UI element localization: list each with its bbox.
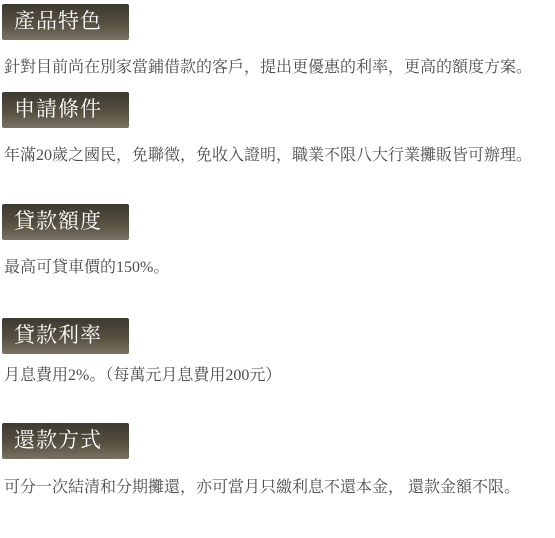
section-loan-rate: 貸款利率 月息費用2%。（每萬元月息費用200元）	[2, 318, 555, 386]
section-title-badge: 還款方式	[2, 423, 129, 459]
section-body-text: 最高可貸車價的150%。	[4, 258, 555, 278]
section-repayment-method: 還款方式 可分一次結清和分期攤還，亦可當月只繳利息不還本金， 還款金額不限。	[2, 423, 555, 498]
section-loan-amount: 貸款額度 最高可貸車價的150%。	[2, 204, 555, 278]
section-title-badge: 產品特色	[2, 4, 129, 40]
section-title-badge: 貸款額度	[2, 204, 129, 240]
section-body-text: 針對目前尚在別家當鋪借款的客戶，提出更優惠的利率，更高的額度方案。	[4, 58, 555, 78]
section-application-conditions: 申請條件 年滿20歲之國民，免聯徵，免收入證明，職業不限八大行業攤販皆可辦理。	[2, 92, 555, 166]
section-title-badge: 申請條件	[2, 92, 129, 128]
loan-info-page: 產品特色 針對目前尚在別家當鋪借款的客戶，提出更優惠的利率，更高的額度方案。 申…	[0, 0, 555, 498]
section-body-text: 月息費用2%。（每萬元月息費用200元）	[4, 366, 555, 386]
section-title-badge: 貸款利率	[2, 318, 129, 354]
section-product-features: 產品特色 針對目前尚在別家當鋪借款的客戶，提出更優惠的利率，更高的額度方案。	[2, 4, 555, 78]
section-body-text: 年滿20歲之國民，免聯徵，免收入證明，職業不限八大行業攤販皆可辦理。	[4, 146, 555, 166]
section-body-text: 可分一次結清和分期攤還，亦可當月只繳利息不還本金， 還款金額不限。	[4, 478, 555, 498]
